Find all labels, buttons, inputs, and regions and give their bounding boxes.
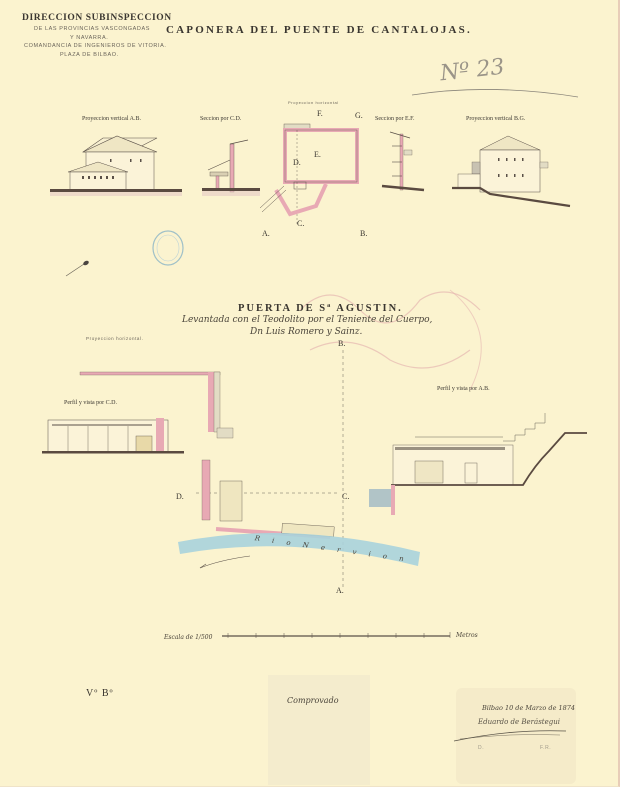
view-label-ab: Proyeccion vertical A.B. bbox=[82, 116, 141, 122]
gate-point-a: A. bbox=[336, 586, 344, 595]
initials-left: D. bbox=[478, 745, 484, 751]
number-underline bbox=[410, 85, 580, 101]
scale-unit: Metros bbox=[456, 632, 478, 639]
drawing-sheet: DIRECCION SUBINSPECCION DE LAS PROVINCIA… bbox=[0, 0, 620, 787]
view-label-profile-ab: Perfil y vista por A.B. bbox=[437, 386, 490, 392]
view-label-ef: Seccion por E.F. bbox=[375, 116, 415, 122]
office-line-1: DE LAS PROVINCIAS VASCONGADAS bbox=[34, 26, 150, 32]
section-ef-drawing bbox=[380, 130, 440, 200]
plan-point-c: C. bbox=[297, 219, 304, 228]
sheet-number: Nº 23 bbox=[439, 55, 506, 87]
archive-stamp bbox=[148, 230, 188, 266]
elevation-ab-drawing bbox=[50, 130, 185, 200]
scale-bar bbox=[220, 630, 460, 642]
scale-label: Escala de 1/500 bbox=[164, 634, 212, 641]
gate-subtitle-2: Dn Luis Romero y Sainz. bbox=[250, 327, 362, 337]
main-title: CAPONERA DEL PUENTE DE CANTALOJAS. bbox=[166, 24, 472, 36]
gate-point-c: C. bbox=[342, 492, 349, 501]
plan-point-e: E. bbox=[314, 150, 321, 159]
gate-title: PUERTA DE Sª AGUSTIN. bbox=[238, 303, 403, 314]
office-line-3: COMANDANCIA DE INGENIEROS DE VITORIA. bbox=[24, 43, 167, 49]
plan-horizontal-label: Proyeccion horizontal. bbox=[86, 336, 143, 341]
view-label-plan: Proyeccion horizontal bbox=[288, 100, 339, 105]
office-line-2: Y NAVARRA. bbox=[70, 35, 108, 41]
initials-right: F.R. bbox=[540, 745, 551, 751]
office-title: DIRECCION SUBINSPECCION bbox=[22, 13, 172, 23]
view-label-bg: Proyeccion vertical B.G. bbox=[466, 116, 525, 122]
elevation-bg-drawing bbox=[450, 130, 590, 210]
date-line: Bilbao 10 de Marzo de 1874 bbox=[482, 704, 575, 712]
ink-blot bbox=[64, 258, 94, 278]
gate-subtitle-1: Levantada con el Teodolito por el Tenien… bbox=[182, 315, 432, 325]
plan-point-f: F. bbox=[317, 109, 323, 118]
plan-point-d: D. bbox=[293, 158, 301, 167]
verified-box bbox=[268, 675, 370, 785]
plan-point-a: A. bbox=[262, 229, 270, 238]
view-label-cd: Seccion por C.D. bbox=[200, 116, 241, 122]
gate-point-d: D. bbox=[176, 492, 184, 501]
profile-ab-drawing bbox=[355, 405, 595, 515]
signature-flourish bbox=[450, 725, 570, 745]
plan-drawing bbox=[260, 118, 370, 228]
verified-label: Comprovado bbox=[287, 696, 339, 705]
plan-point-b: B. bbox=[360, 229, 367, 238]
office-line-4: PLAZA DE BILBAO. bbox=[60, 52, 119, 58]
approval-mark: Vº Bº bbox=[86, 688, 114, 699]
profile-cd-drawing bbox=[40, 370, 260, 460]
